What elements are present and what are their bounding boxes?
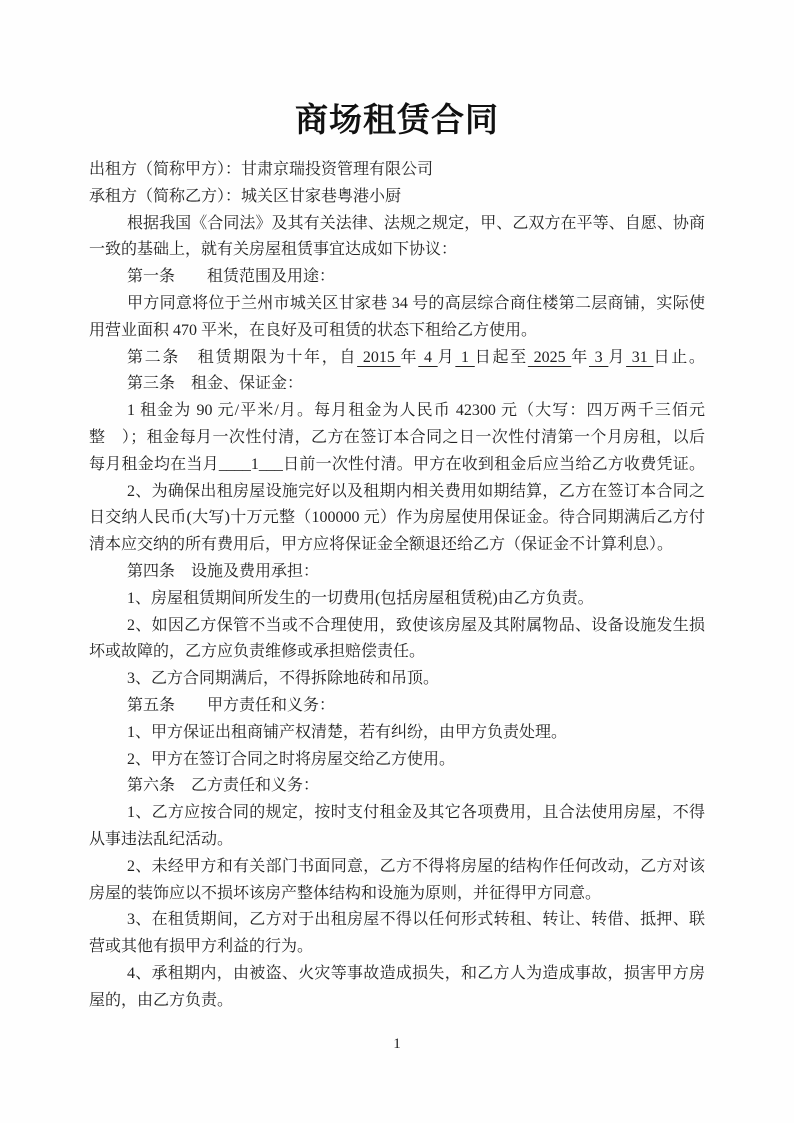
text-run: 甲方同意将位于兰州市城关区甘家巷 34 号的高层综合商住楼第二层商铺，实际使 xyxy=(127,295,705,312)
contract-line: 根据我国《合同法》及其有关法律、法规之规定，甲、乙双方在平等、自愿、协商 xyxy=(89,211,705,238)
contract-line: 第一条 租赁范围及用途： xyxy=(89,264,705,291)
contract-line: 用营业面积 470 平米，在良好及可租赁的状态下租给乙方使用。 xyxy=(89,318,705,345)
text-run: 第五条 甲方责任和义务： xyxy=(127,697,335,714)
underlined-value: 1 xyxy=(455,349,474,366)
contract-line: 2、甲方在签订合同之时将房屋交给乙方使用。 xyxy=(89,747,705,774)
contract-line: 清本应交纳的所有费用后，甲方应将保证金全额退还给乙方（保证金不计算利息）。 xyxy=(89,532,705,559)
underlined-value: 2025 xyxy=(528,349,571,366)
contract-line: 第四条 设施及费用承担： xyxy=(89,559,705,586)
page-number: 1 xyxy=(0,1036,794,1053)
contract-line: 第五条 甲方责任和义务： xyxy=(89,693,705,720)
contract-line: 坏或故障的，乙方应负责维修或承担赔偿责任。 xyxy=(89,639,705,666)
contract-line: 日交纳人民币(大写)十万元整（100000 元）作为房屋使用保证金。待合同期满后… xyxy=(89,505,705,532)
text-run: 承租方（简称乙方）：城关区甘家巷粤港小厨 xyxy=(89,188,401,205)
contract-line: 每月租金均在当月____1___日前一次性付清。甲方在收到租金后应当给乙方收费凭… xyxy=(89,452,705,479)
text-run: 清本应交纳的所有费用后，甲方应将保证金全额退还给乙方（保证金不计算利息）。 xyxy=(89,536,673,553)
contract-page: 商场租赁合同 出租方（简称甲方）：甘肃京瑞投资管理有限公司承租方（简称乙方）：城… xyxy=(0,0,794,1123)
text-run: 2、甲方在签订合同之时将房屋交给乙方使用。 xyxy=(127,751,455,768)
text-run: 2、未经甲方和有关部门书面同意，乙方不得将房屋的结构作任何改动，乙方对该 xyxy=(127,858,705,875)
underlined-value: 31 xyxy=(626,349,653,366)
text-run: 2、为确保出租房屋设施完好以及租期内相关费用如期结算，乙方在签订本合同之 xyxy=(127,483,705,500)
text-run: 房屋的装饰应以不损坏该房产整体结构和设施为原则，并征得甲方同意。 xyxy=(89,885,601,902)
contract-line: 从事违法乱纪活动。 xyxy=(89,827,705,854)
text-run: 日起至 xyxy=(475,349,528,366)
text-run: 日交纳人民币(大写)十万元整（100000 元）作为房屋使用保证金。待合同期满后… xyxy=(89,509,705,526)
document-title: 商场租赁合同 xyxy=(0,94,794,141)
text-run: 一致的基础上，就有关房屋租赁事宜达成如下协议： xyxy=(89,241,457,258)
contract-line: 1、乙方应按合同的规定，按时支付租金及其它各项费用，且合法使用房屋，不得 xyxy=(89,800,705,827)
underlined-value: 4 xyxy=(418,349,437,366)
text-run: 第三条 租金、保证金： xyxy=(127,375,303,392)
contract-line: 出租方（简称甲方）：甘肃京瑞投资管理有限公司 xyxy=(89,157,705,184)
text-run: 月 xyxy=(608,349,626,366)
document-body: 出租方（简称甲方）：甘肃京瑞投资管理有限公司承租方（简称乙方）：城关区甘家巷粤港… xyxy=(89,157,705,1015)
text-run: 日止。 xyxy=(654,349,705,366)
text-run: 每月租金均在当月____1___日前一次性付清。甲方在收到租金后应当给乙方收费凭… xyxy=(89,456,705,473)
contract-line: 整 ）；租金每月一次性付清，乙方在签订本合同之日一次性付清第一个月房租，以后 xyxy=(89,425,705,452)
text-run: 第六条 乙方责任和义务： xyxy=(127,777,319,794)
text-run: 1、乙方应按合同的规定，按时支付租金及其它各项费用，且合法使用房屋，不得 xyxy=(127,804,705,821)
underlined-value: 2015 xyxy=(357,349,400,366)
contract-line: 3、在租赁期间，乙方对于出租房屋不得以任何形式转租、转让、转借、抵押、联 xyxy=(89,907,705,934)
text-run: 2、如因乙方保管不当或不合理使用，致使该房屋及其附属物品、设备设施发生损 xyxy=(127,617,705,634)
text-run: 3、乙方合同期满后，不得拆除地砖和吊顶。 xyxy=(127,670,439,687)
text-run: 3、在租赁期间，乙方对于出租房屋不得以任何形式转租、转让、转借、抵押、联 xyxy=(127,911,705,928)
text-run: 年 xyxy=(401,349,419,366)
text-run: 屋的，由乙方负责。 xyxy=(89,992,233,1009)
contract-line: 一致的基础上，就有关房屋租赁事宜达成如下协议： xyxy=(89,237,705,264)
contract-line: 2、未经甲方和有关部门书面同意，乙方不得将房屋的结构作任何改动，乙方对该 xyxy=(89,854,705,881)
contract-line: 2、为确保出租房屋设施完好以及租期内相关费用如期结算，乙方在签订本合同之 xyxy=(89,479,705,506)
contract-line: 第二条 租赁期限为十年，自 2015 年 4 月 1 日起至 2025 年 3 … xyxy=(89,345,705,372)
contract-line: 1、房屋租赁期间所发生的一切费用(包括房屋租赁税)由乙方负责。 xyxy=(89,586,705,613)
text-run: 年 xyxy=(571,349,589,366)
contract-line: 承租方（简称乙方）：城关区甘家巷粤港小厨 xyxy=(89,184,705,211)
text-run: 4、承租期内，由被盗、火灾等事故造成损失，和乙方人为造成事故，损害甲方房 xyxy=(127,965,705,982)
text-run: 第一条 租赁范围及用途： xyxy=(127,268,335,285)
contract-line: 房屋的装饰应以不损坏该房产整体结构和设施为原则，并征得甲方同意。 xyxy=(89,881,705,908)
text-run: 第四条 设施及费用承担： xyxy=(127,563,319,580)
text-run: 根据我国《合同法》及其有关法律、法规之规定，甲、乙双方在平等、自愿、协商 xyxy=(127,215,705,232)
text-run: 1 租金为 90 元/平米/月。每月租金为人民币 42300 元（大写：四万两千… xyxy=(127,402,705,419)
underlined-value: 3 xyxy=(589,349,608,366)
text-run: 1、甲方保证出租商铺产权清楚，若有纠纷，由甲方负责处理。 xyxy=(127,724,567,741)
text-run: 用营业面积 470 平米，在良好及可租赁的状态下租给乙方使用。 xyxy=(89,322,537,339)
contract-line: 4、承租期内，由被盗、火灾等事故造成损失，和乙方人为造成事故，损害甲方房 xyxy=(89,961,705,988)
contract-line: 第六条 乙方责任和义务： xyxy=(89,773,705,800)
text-run: 第二条 租赁期限为十年，自 xyxy=(127,349,357,366)
contract-line: 第三条 租金、保证金： xyxy=(89,371,705,398)
contract-line: 1、甲方保证出租商铺产权清楚，若有纠纷，由甲方负责处理。 xyxy=(89,720,705,747)
text-run: 出租方（简称甲方）：甘肃京瑞投资管理有限公司 xyxy=(89,161,433,178)
contract-line: 2、如因乙方保管不当或不合理使用，致使该房屋及其附属物品、设备设施发生损 xyxy=(89,613,705,640)
text-run: 坏或故障的，乙方应负责维修或承担赔偿责任。 xyxy=(89,643,425,660)
contract-line: 1 租金为 90 元/平米/月。每月租金为人民币 42300 元（大写：四万两千… xyxy=(89,398,705,425)
contract-line: 屋的，由乙方负责。 xyxy=(89,988,705,1015)
contract-line: 3、乙方合同期满后，不得拆除地砖和吊顶。 xyxy=(89,666,705,693)
text-run: 整 ）；租金每月一次性付清，乙方在签订本合同之日一次性付清第一个月房租，以后 xyxy=(89,429,705,446)
text-run: 营或其他有损甲方利益的行为。 xyxy=(89,938,313,955)
contract-line: 甲方同意将位于兰州市城关区甘家巷 34 号的高层综合商住楼第二层商铺，实际使 xyxy=(89,291,705,318)
contract-line: 营或其他有损甲方利益的行为。 xyxy=(89,934,705,961)
text-run: 月 xyxy=(438,349,456,366)
text-run: 1、房屋租赁期间所发生的一切费用(包括房屋租赁税)由乙方负责。 xyxy=(127,590,594,607)
text-run: 从事违法乱纪活动。 xyxy=(89,831,233,848)
